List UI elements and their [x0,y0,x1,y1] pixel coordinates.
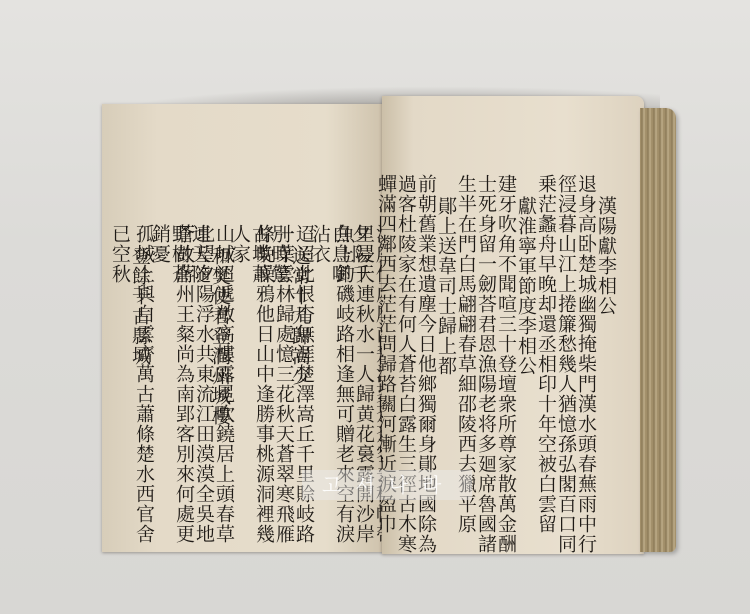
text-column: 孤城上與白雲齊萬古蕭條楚水西官舍已空秋 [108,224,156,552]
photo-scene: 洞庭何處雁南飛江菼蒼蒼客去稀帆帶夕陽千 里浸天連秋水一人歸黄花裛露開沙岸白鳥啣 … [0,0,750,614]
page-edges [640,108,676,552]
watermark: 고서나라 [302,470,472,500]
